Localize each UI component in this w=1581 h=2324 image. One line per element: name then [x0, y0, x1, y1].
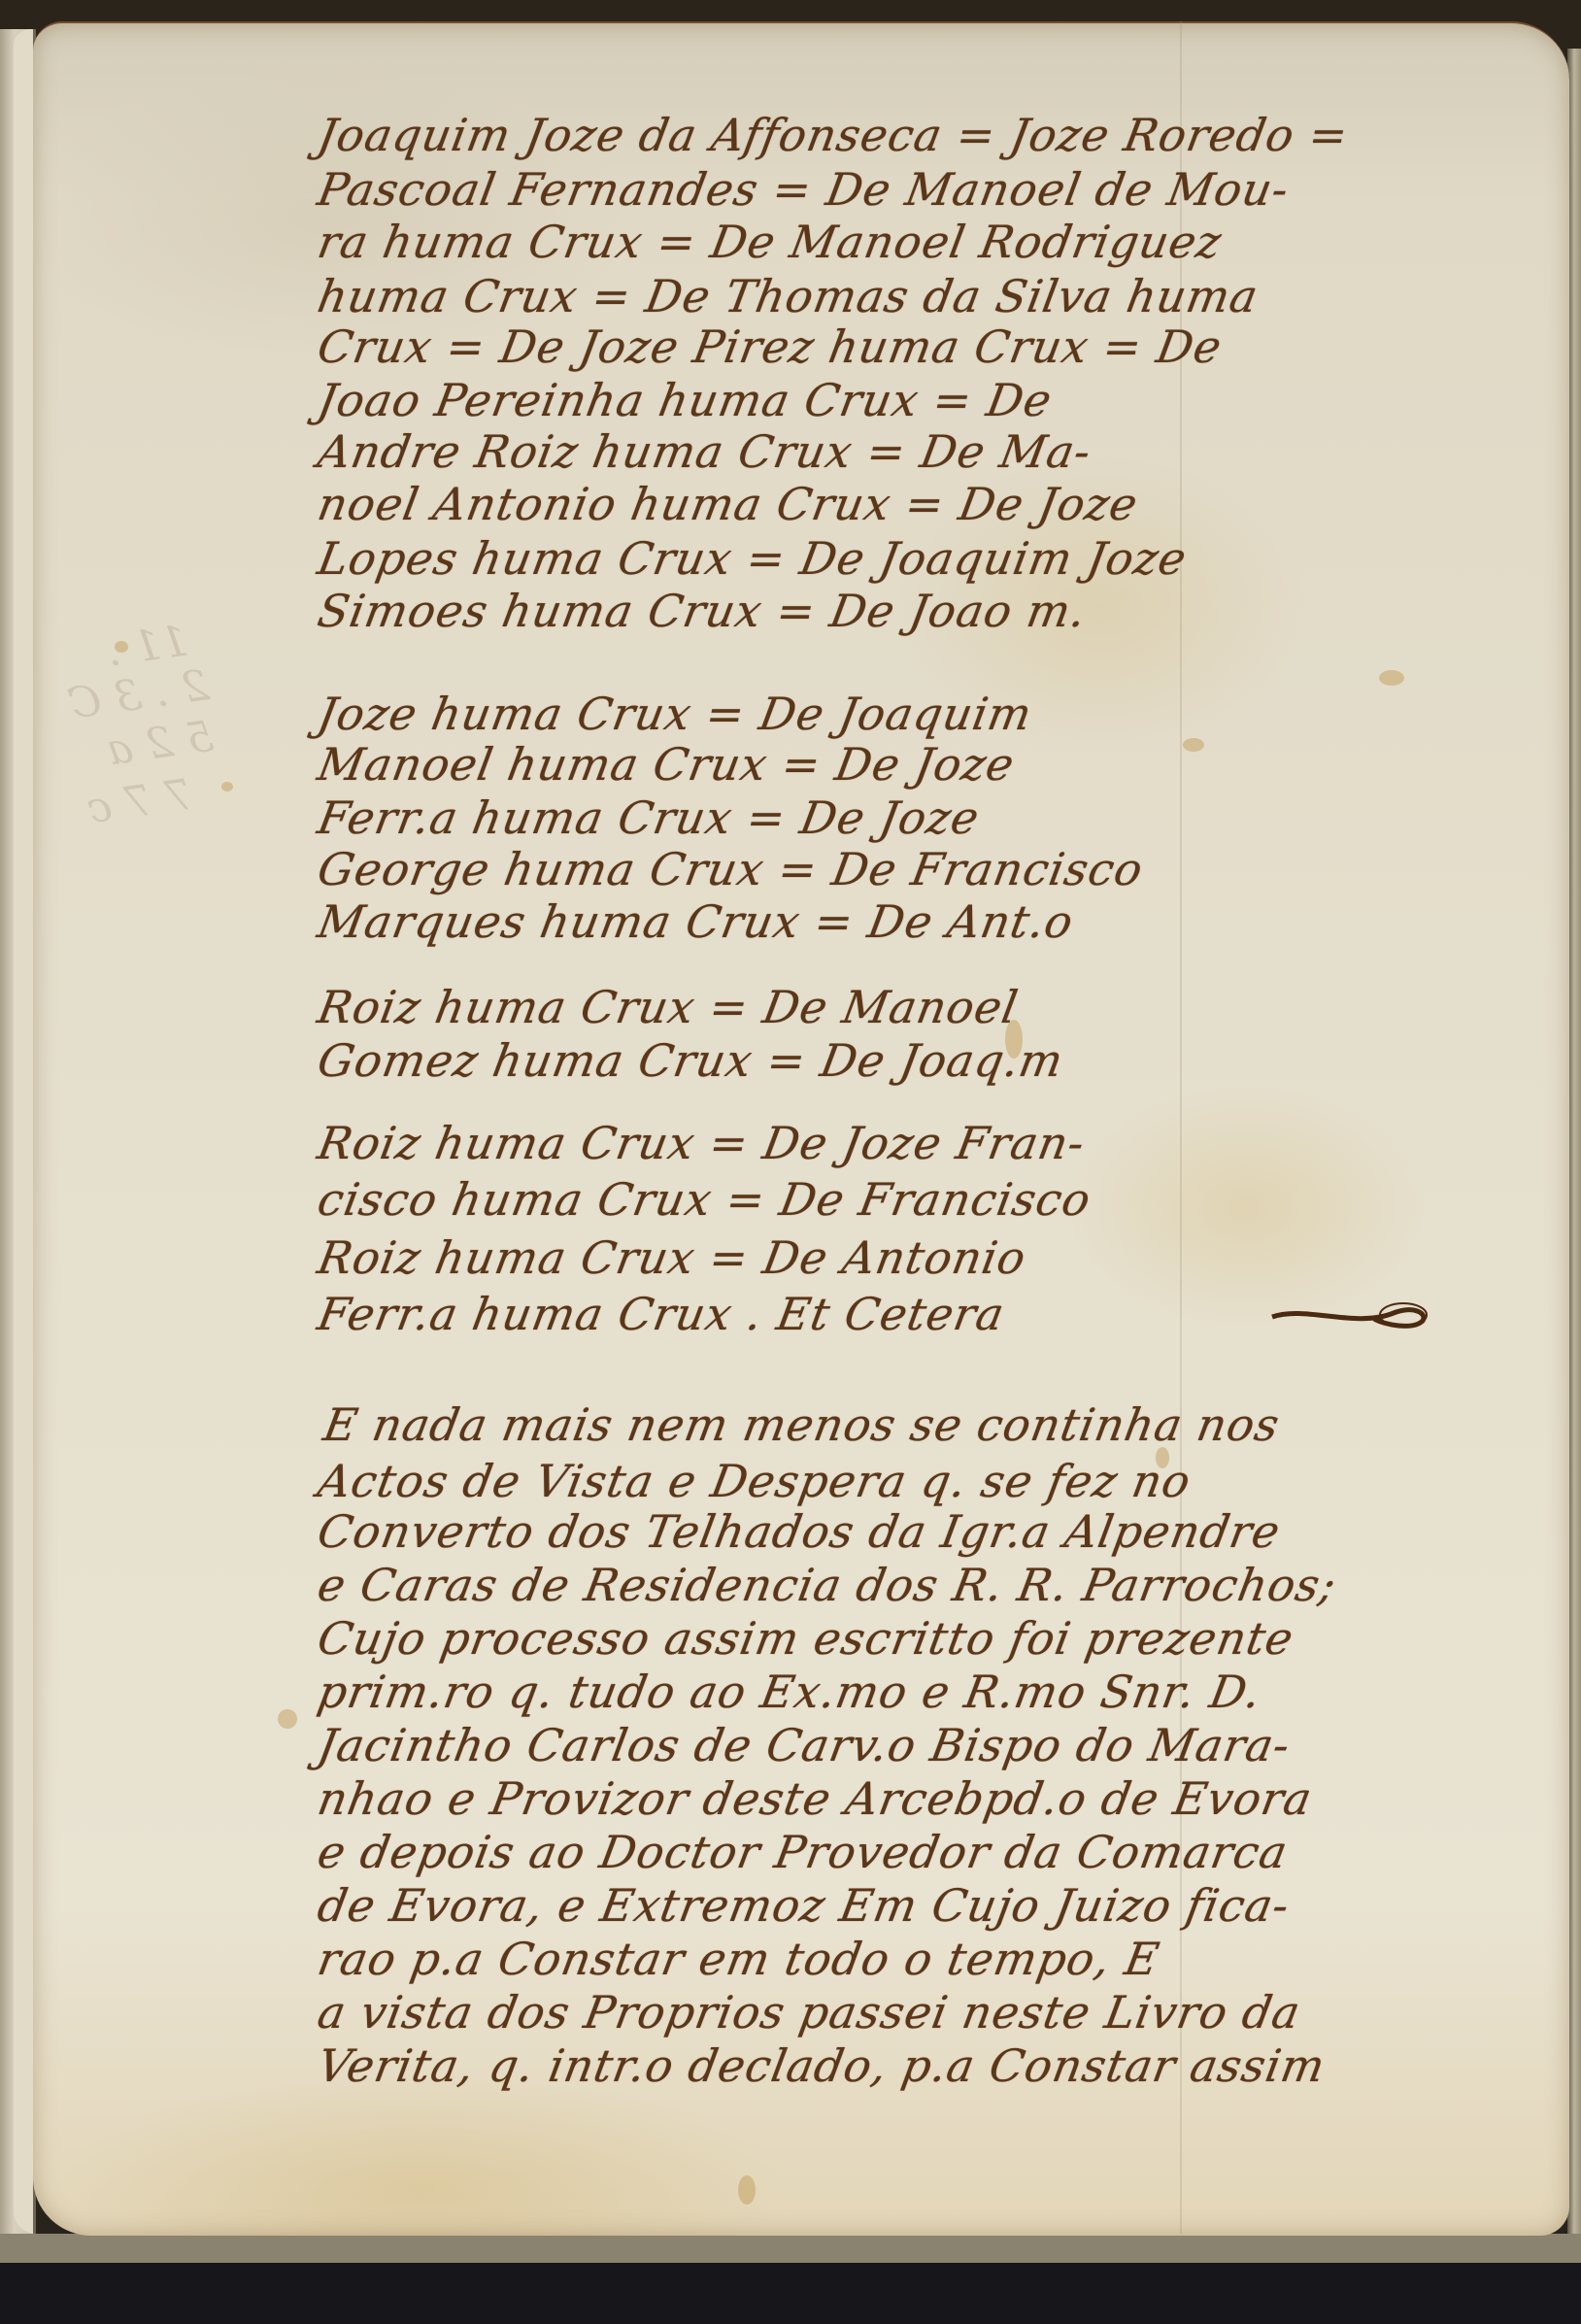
text-line: de Evora, e Extremoz Em Cujo Juizo fica- [314, 1879, 1450, 1932]
text-line: noel Antonio huma Crux = De Joze [314, 478, 1450, 530]
text-line: huma Crux = De Thomas da Silva huma [314, 270, 1450, 322]
text-line: Cujo processo assim escritto foi prezent… [314, 1612, 1450, 1665]
text-line: e Caras de Residencia dos R. R. Parrocho… [314, 1559, 1450, 1611]
text-line: ra huma Crux = De Manoel Rodriguez [314, 216, 1450, 268]
text-line: Pascoal Fernandes = De Manoel de Mou- [314, 163, 1450, 216]
text-line: George huma Crux = De Francisco [314, 843, 1450, 895]
text-line: Jacintho Carlos de Carv.o Bispo do Mara- [314, 1719, 1450, 1771]
manuscript-text: Joaquim Joze da Affonseca = Joze Roredo … [0, 0, 1581, 2324]
text-line: Ferr.a huma Crux = De Joze [314, 792, 1450, 844]
text-line: Converto dos Telhados da Igr.a Alpendre [314, 1505, 1450, 1558]
text-line: Roiz huma Crux = De Joze Fran- [314, 1117, 1450, 1169]
text-line: cisco huma Crux = De Francisco [314, 1173, 1450, 1226]
text-line: Roiz huma Crux = De Antonio [314, 1231, 1450, 1284]
text-line: Roiz huma Crux = De Manoel [314, 981, 1450, 1033]
text-line: rao p.a Constar em todo o tempo, E [314, 1933, 1450, 1985]
text-line: prim.ro q. tudo ao Ex.mo e R.mo Snr. D. [314, 1666, 1450, 1718]
text-line: Marques huma Crux = De Ant.o [314, 895, 1450, 948]
text-line: Andre Roiz huma Crux = De Ma- [314, 425, 1450, 478]
text-line: Verita, q. intr.o declado, p.a Constar a… [314, 2039, 1450, 2092]
text-line: Simoes huma Crux = De Joao m. [314, 585, 1450, 637]
text-line: Lopes huma Crux = De Joaquim Joze [314, 532, 1450, 585]
text-line: a vista dos Proprios passei neste Livro … [314, 1986, 1450, 2038]
text-line: Manoel huma Crux = De Joze [314, 738, 1450, 791]
text-line: Joaquim Joze da Affonseca = Joze Roredo … [314, 109, 1450, 161]
et-cetera-flourish-icon [1267, 1296, 1432, 1334]
text-line: Crux = De Joze Pirez huma Crux = De [314, 320, 1450, 373]
text-line: E nada mais nem menos se continha nos [320, 1398, 1456, 1451]
text-line: Joze huma Crux = De Joaquim [314, 688, 1450, 740]
text-line: Actos de Vista e Despera q. se fez no [314, 1455, 1450, 1507]
text-line: nhao e Provizor deste Arcebpd.o de Evora [314, 1772, 1450, 1825]
text-line: Gomez huma Crux = De Joaq.m [314, 1034, 1450, 1087]
text-line: e depois ao Doctor Provedor da Comarca [314, 1826, 1450, 1878]
text-line: Joao Pereinha huma Crux = De [314, 374, 1450, 426]
